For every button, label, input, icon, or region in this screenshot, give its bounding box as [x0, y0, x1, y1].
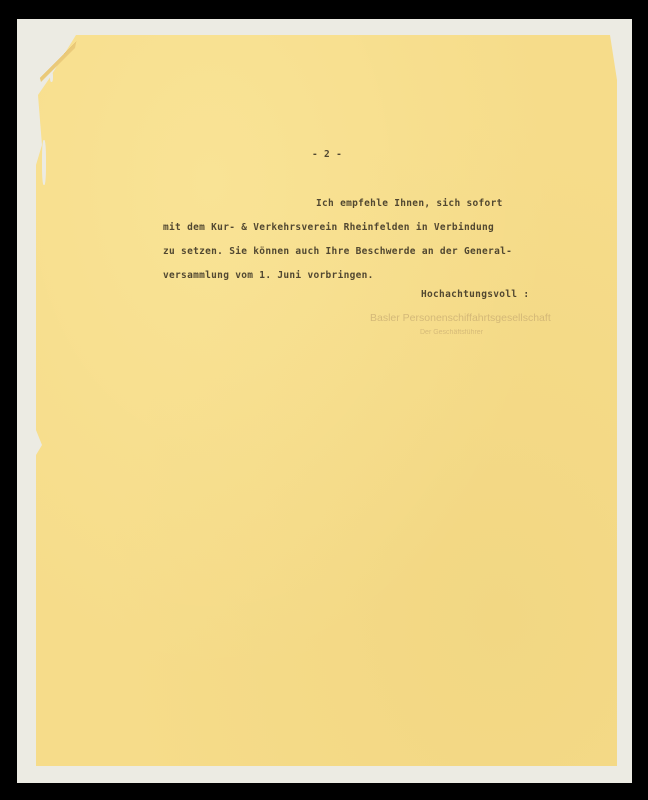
- closing-salutation: Hochachtungsvoll :: [421, 289, 529, 300]
- page-number: - 2 -: [312, 149, 342, 160]
- document-page: [36, 35, 617, 766]
- paper-tear: [50, 72, 53, 82]
- body-line: zu setzen. Sie können auch Ihre Beschwer…: [163, 246, 512, 257]
- stamp-title: Der Geschäftsführer: [420, 329, 483, 336]
- body-line: versammlung vom 1. Juni vorbringen.: [163, 270, 374, 281]
- stamp-organization: Basler Personenschiffahrtsgesellschaft: [370, 312, 551, 324]
- body-line: Ich empfehle Ihnen, sich sofort: [316, 198, 503, 209]
- body-line: mit dem Kur- & Verkehrsverein Rheinfelde…: [163, 222, 494, 233]
- paper-tear: [42, 140, 46, 185]
